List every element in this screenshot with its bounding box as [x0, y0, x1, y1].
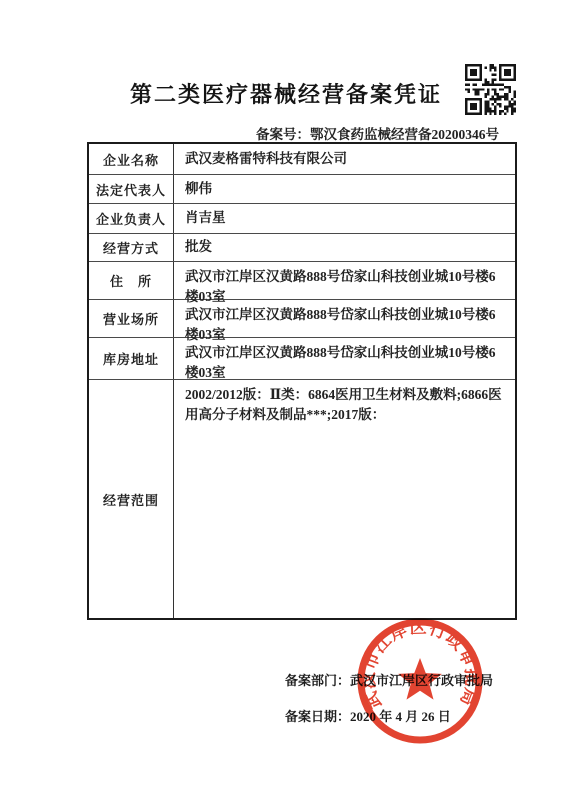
row-value-business-premises: 武汉市江岸区汉黄路888号岱家山科技创业城10号楼6楼03室 — [174, 300, 515, 337]
row-label-business-scope: 经营范围 — [89, 380, 174, 618]
seal-text: 武汉市江岸区行政审批局 — [359, 618, 482, 712]
qr-modules — [465, 64, 516, 115]
row-label-warehouse-address: 库房地址 — [89, 338, 174, 379]
row-value-business-scope: 2002/2012版：Ⅱ类：6864医用卫生材料及敷料;6866医用高分子材料及… — [174, 380, 515, 618]
record-department-label: 备案部门： — [285, 673, 350, 688]
row-value-company-name: 武汉麦格雷特科技有限公司 — [174, 144, 515, 174]
row-value-residence: 武汉市江岸区汉黄路888号岱家山科技创业城10号楼6楼03室 — [174, 262, 515, 299]
row-value-company-manager: 肖吉星 — [174, 204, 515, 233]
row-label-business-mode: 经营方式 — [89, 234, 174, 261]
record-department-value: 武汉市江岸区行政审批局 — [350, 673, 493, 688]
table-row: 营业场所 武汉市江岸区汉黄路888号岱家山科技创业城10号楼6楼03室 — [89, 300, 515, 338]
table-row: 库房地址 武汉市江岸区汉黄路888号岱家山科技创业城10号楼6楼03室 — [89, 338, 515, 380]
table-row: 住 所 武汉市江岸区汉黄路888号岱家山科技创业城10号楼6楼03室 — [89, 262, 515, 300]
record-date-label: 备案日期： — [285, 709, 350, 724]
table-row: 法定代表人 柳伟 — [89, 175, 515, 204]
row-label-company-manager: 企业负责人 — [89, 204, 174, 233]
qr-code-icon — [463, 64, 518, 115]
table-row: 经营方式 批发 — [89, 234, 515, 262]
row-label-business-premises: 营业场所 — [89, 300, 174, 337]
table-row: 企业名称 武汉麦格雷特科技有限公司 — [89, 144, 515, 175]
record-date-value: 2020 年 4 月 26 日 — [350, 709, 451, 724]
record-department-line: 备案部门：武汉市江岸区行政审批局 — [285, 670, 493, 689]
row-label-company-name: 企业名称 — [89, 144, 174, 174]
record-number-line: 备案号：鄂汉食药监械经营备20200346号 — [87, 123, 499, 143]
svg-text:武汉市江岸区行政审批局: 武汉市江岸区行政审批局 — [359, 618, 482, 712]
record-number-label: 备案号： — [256, 127, 310, 142]
row-label-legal-representative: 法定代表人 — [89, 175, 174, 203]
certificate-table: 企业名称 武汉麦格雷特科技有限公司 法定代表人 柳伟 企业负责人 肖吉星 经营方… — [87, 142, 517, 620]
row-value-legal-representative: 柳伟 — [174, 175, 515, 203]
row-value-business-mode: 批发 — [174, 234, 515, 261]
record-date-line: 备案日期：2020 年 4 月 26 日 — [285, 706, 451, 725]
row-label-residence: 住 所 — [89, 262, 174, 299]
certificate-page: 第二类医疗器械经营备案凭证 备案号：鄂汉食药监械经营备20200346号 企业名… — [0, 0, 572, 800]
table-row: 经营范围 2002/2012版：Ⅱ类：6864医用卫生材料及敷料;6866医用高… — [89, 380, 515, 618]
table-row: 企业负责人 肖吉星 — [89, 204, 515, 234]
row-value-warehouse-address: 武汉市江岸区汉黄路888号岱家山科技创业城10号楼6楼03室 — [174, 338, 515, 379]
record-number-value: 鄂汉食药监械经营备20200346号 — [310, 127, 499, 142]
